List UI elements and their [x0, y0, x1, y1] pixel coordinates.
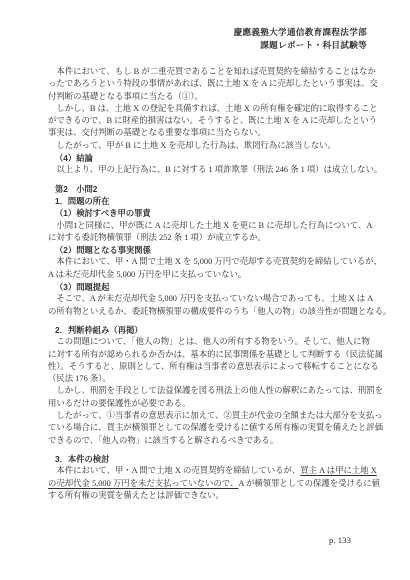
document-line: ている場合に、買主が横領罪としての保護を受けるに値する所有権の実質を備えたと評価 — [48, 422, 370, 434]
underlined-emphasis: の売却代金 5,000 万円を未だ支払っていないので、 — [48, 479, 238, 488]
section-heading: （2）問題となる事実関係 — [48, 244, 370, 256]
document-line: この問題について、「他人の物」とは、他人の所有する物をいう。そして、他人に物 — [48, 336, 370, 348]
section-heading: （1）検討すべき甲の罪責 — [48, 207, 370, 219]
page-header: 慶應義塾大学通信教育課程法学部 課題レポート・科目試験等 — [234, 26, 367, 52]
document-line: の売却代金 5,000 万円を未だ支払っていないので、A が横領罪としての保護を… — [48, 478, 370, 490]
document-line: （民法 176 条）。 — [48, 373, 370, 385]
document-line: 事実は、交付判断の基礎となる重要な事項に当たらない。 — [48, 127, 370, 139]
section-heading: 3．本件の検討 — [48, 453, 370, 465]
text-segment: 本件において、甲・A 間で土地 X の売買契約を締結しているが、 — [48, 466, 300, 475]
document-line: 以上より、甲の上記行為に、B に対する 1 項詐欺罪（刑法 246 条 1 項）… — [48, 164, 370, 176]
document-line: A は未だ売却代金 5,000 万円を甲に支払っていない。 — [48, 269, 370, 281]
document-line: できるので、「他人の物」に該当すると解されるべきである。 — [48, 435, 370, 447]
section-heading: 1．問題の所在 — [48, 195, 370, 207]
document-line: しかし、B は、土地 X の登記を具備すれば、土地 X の所有権を確定的に取得す… — [48, 103, 370, 115]
underlined-emphasis: 買主 A は甲に土地 X — [300, 466, 377, 475]
document-line: 性）。そうすると、原則として、所有権は当事者の意思表示によって移転することになる — [48, 361, 370, 373]
header-doc-type: 課題レポート・科目試験等 — [234, 39, 367, 52]
page-footer: p. 133 — [329, 533, 351, 547]
header-affiliation: 慶應義塾大学通信教育課程法学部 — [234, 26, 367, 39]
page-number: p. 133 — [329, 535, 351, 545]
document-line: したがって、甲が B に土地 X を売却した行為は、欺罔行為に該当しない。 — [48, 140, 370, 152]
document-line: そこで、A が未だ売却代金 5,000 万円を支払っていない場合であっても、土地… — [48, 293, 370, 305]
document-line: ったであろうという特段の事情があれば、既に土地 X を A に売却したという事実… — [48, 78, 370, 90]
text-segment: A が横領罪としての保護を受けるに値 — [238, 479, 380, 488]
document-line: したがって、①当事者の意思表示に加えて、②買主が代金の全額または大部分を支払っ — [48, 410, 370, 422]
section-heading: （4）結論 — [48, 152, 370, 164]
section-heading: 第2 小問2 — [48, 183, 370, 195]
section-heading: （3）問題提起 — [48, 281, 370, 293]
document-line: 本件において、甲・A 間で土地 X の売買契約を締結しているが、買主 A は甲に… — [48, 465, 370, 477]
document-line: に対する委託物横領罪（刑法 252 条 1 項）が成立するか。 — [48, 232, 370, 244]
document-line: に対する所有が認められるか否かは、基本的に民事関係を基礎として判断する（民法従属 — [48, 349, 370, 361]
document-line: ができるので、B に財産的損害はない。そうすると、既に土地 X を A に売却し… — [48, 115, 370, 127]
document-body: 本件において、もし B が二重売買であることを知れば売買契約を締結することはなか… — [48, 66, 370, 502]
document-line: 用いるだけの要保護性が必要である。 — [48, 398, 370, 410]
document-line: 本件において、もし B が二重売買であることを知れば売買契約を締結することはなか — [48, 66, 370, 78]
document-line: 付判断の基礎となる事項に当たる（①）。 — [48, 91, 370, 103]
document-line: しかし、刑罰を手段として法益保護を図る刑法上の他人性の解釈にあたっては、刑罰を — [48, 385, 370, 397]
document-line: 本件において、甲・A 間で土地 X を 5,000 万円で売却する売買契約を締結… — [48, 256, 370, 268]
document-line: する所有権の実質を備えたとは評価できない。 — [48, 490, 370, 502]
document-page: 慶應義塾大学通信教育課程法学部 課題レポート・科目試験等 本件において、もし B… — [0, 0, 410, 580]
section-heading: 2．判断枠組み（再掲） — [48, 324, 370, 336]
document-line: の所有物といえるか、委託物横領罪の構成要件のうち「他人の物」の該当性が問題となる… — [48, 306, 370, 318]
document-line: 小問1と同様に、甲が既に A に売却した土地 X を更に B に売却した行為につ… — [48, 220, 370, 232]
